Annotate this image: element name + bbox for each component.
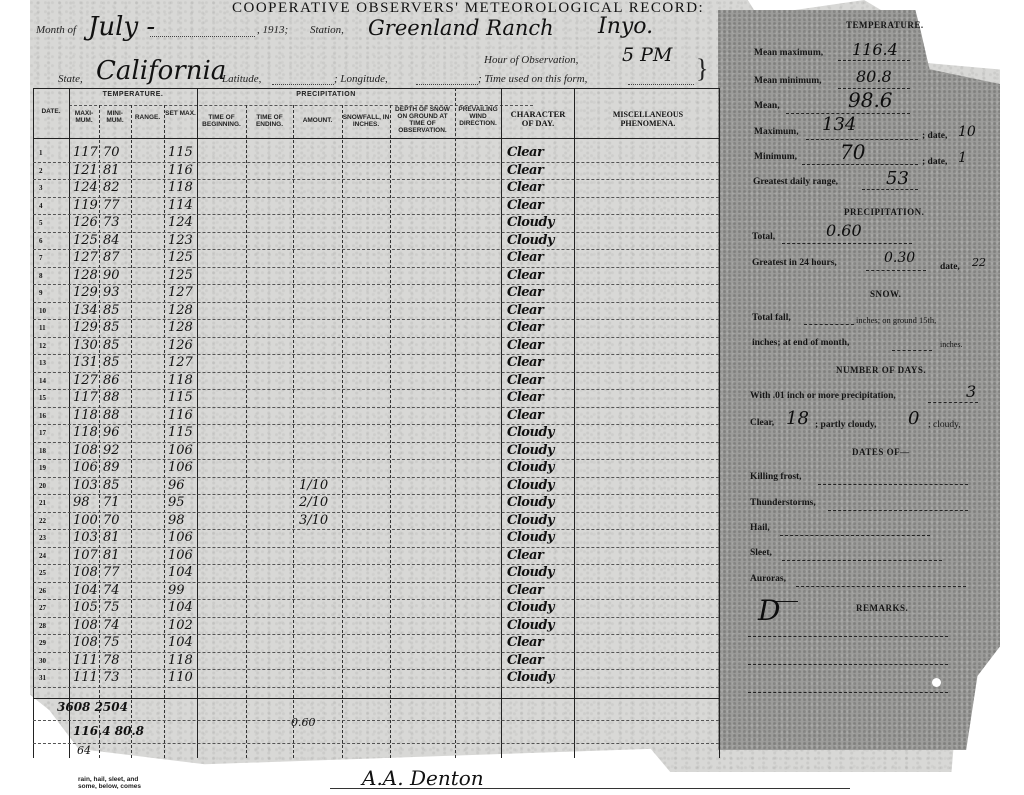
table-row: 1112985128Clear xyxy=(33,319,719,337)
table-row: 219871952/10Cloudy xyxy=(33,494,719,512)
greatest24-value: 0.30 xyxy=(884,250,915,266)
table-row: 512673124Cloudy xyxy=(33,214,719,232)
precip-days-label: With .01 inch or more precipitation, xyxy=(750,391,896,401)
col-amount: Amount. xyxy=(293,117,342,124)
row-date: 29 xyxy=(39,634,46,652)
row-max: 118 xyxy=(73,424,98,442)
row-character: Clear xyxy=(507,337,543,355)
precipitation-group-header: Precipitation xyxy=(197,91,455,98)
row-max: 121 xyxy=(73,162,98,180)
row-date: 11 xyxy=(39,319,46,337)
table-row: 2710575104Cloudy xyxy=(33,599,719,617)
row-set-max: 104 xyxy=(168,599,193,617)
mean-max-label: Mean maximum, xyxy=(754,48,823,58)
row-date: 26 xyxy=(39,582,46,600)
year-label: , 1913; xyxy=(257,24,288,36)
row-character: Clear xyxy=(507,249,543,267)
row-character: Clear xyxy=(507,372,543,390)
precip-total: 0.60 xyxy=(291,716,316,729)
table-row: 1611888116Clear xyxy=(33,407,719,425)
col-time-beginning: Time of Beginning. xyxy=(197,114,246,128)
signature-line xyxy=(330,788,850,789)
row-min: 77 xyxy=(103,197,120,215)
row-max: 103 xyxy=(73,529,98,547)
table-row: 612584123Cloudy xyxy=(33,232,719,250)
col-snowfall: Snowfall, in Inches. xyxy=(342,114,390,128)
row-min: 73 xyxy=(103,214,120,232)
row-date: 17 xyxy=(39,424,46,442)
month-value: July - xyxy=(88,12,155,42)
punch-hole xyxy=(932,678,941,687)
totals-extra: 64 xyxy=(77,744,91,757)
row-set-max: 96 xyxy=(168,477,185,495)
row-max: 126 xyxy=(73,214,98,232)
greatest24-label: Greatest in 24 hours, xyxy=(752,258,837,268)
cloudy-label: ; cloudy, xyxy=(928,420,961,430)
row-date: 27 xyxy=(39,599,46,617)
table-row: 212181116Clear xyxy=(33,162,719,180)
table-row: 2810874102Cloudy xyxy=(33,617,719,635)
row-set-max: 127 xyxy=(168,354,193,372)
row-set-max: 125 xyxy=(168,267,193,285)
table-row: 1711896115Cloudy xyxy=(33,424,719,442)
row-max: 108 xyxy=(73,442,98,460)
row-set-max: 106 xyxy=(168,529,193,547)
brace: } xyxy=(696,54,708,84)
row-max: 127 xyxy=(73,249,98,267)
row-set-max: 115 xyxy=(168,424,193,442)
month-label: Month of xyxy=(36,24,76,36)
minimum-date-label: ; date, xyxy=(922,157,947,167)
row-max: 108 xyxy=(73,634,98,652)
row-character: Cloudy xyxy=(507,214,554,232)
maximum-value: 134 xyxy=(822,114,856,135)
state-value: California xyxy=(96,56,226,86)
partly-value: 0 xyxy=(908,408,919,429)
maximum-date: 10 xyxy=(958,124,976,140)
row-date: 16 xyxy=(39,407,46,425)
latitude-label: Latitude, xyxy=(222,73,261,85)
row-character: Cloudy xyxy=(507,669,554,687)
row-date: 30 xyxy=(39,652,46,670)
state-label: State, xyxy=(58,73,83,85)
row-amount: 1/10 xyxy=(299,477,328,495)
row-max: 111 xyxy=(73,652,98,670)
row-date: 8 xyxy=(39,267,43,285)
killing-frost-label: Killing frost, xyxy=(750,472,802,482)
col-date: Date. xyxy=(33,108,69,115)
daily-record-table: Temperature. Precipitation Date. Maxi-mu… xyxy=(33,88,719,758)
row-set-max: 115 xyxy=(168,389,193,407)
row-character: Clear xyxy=(507,197,543,215)
row-set-max: 118 xyxy=(168,179,193,197)
minimum-date: 1 xyxy=(958,150,967,166)
row-date: 31 xyxy=(39,669,46,687)
row-set-max: 115 xyxy=(168,144,193,162)
row-min: 75 xyxy=(103,634,120,652)
row-max: 107 xyxy=(73,547,98,565)
row-amount: 3/10 xyxy=(299,512,328,530)
row-min: 85 xyxy=(103,477,120,495)
row-min: 92 xyxy=(103,442,120,460)
row-character: Cloudy xyxy=(507,232,554,250)
table-row: 2310381106Cloudy xyxy=(33,529,719,547)
hail-label: Hail, xyxy=(750,523,770,533)
totals-sum: 3608 2504 xyxy=(57,700,128,714)
table-row: 2910875104Clear xyxy=(33,634,719,652)
row-max: 98 xyxy=(73,494,90,512)
row-min: 84 xyxy=(103,232,120,250)
temperature-heading: TEMPERATURE. xyxy=(846,20,924,30)
row-date: 14 xyxy=(39,372,46,390)
mean-min-value: 80.8 xyxy=(856,67,892,86)
row-character: Cloudy xyxy=(507,477,554,495)
table-row: 1013485128Clear xyxy=(33,302,719,320)
partly-label: ; partly cloudy, xyxy=(815,420,877,430)
row-min: 96 xyxy=(103,424,120,442)
row-date: 23 xyxy=(39,529,46,547)
thunderstorms-label: Thunderstorms, xyxy=(750,498,816,508)
row-max: 117 xyxy=(73,389,98,407)
row-min: 73 xyxy=(103,669,120,687)
row-min: 85 xyxy=(103,337,120,355)
table-row: 3011178118Clear xyxy=(33,652,719,670)
row-date: 19 xyxy=(39,459,46,477)
table-row: 1910689106Cloudy xyxy=(33,459,719,477)
snow-end-suffix: inches. xyxy=(940,340,962,349)
table-row: 1511788115Clear xyxy=(33,389,719,407)
row-min: 81 xyxy=(103,162,120,180)
table-row: 2410781106Clear xyxy=(33,547,719,565)
table-row: 111770115Clear xyxy=(33,144,719,162)
observer-signature: A.A. Denton xyxy=(362,766,484,790)
snow-heading: SNOW. xyxy=(870,289,901,299)
col-depth-snow: Depth of Snow on Ground at Time of Obser… xyxy=(390,106,455,134)
row-date: 10 xyxy=(39,302,46,320)
row-max: 129 xyxy=(73,284,98,302)
row-max: 104 xyxy=(73,582,98,600)
row-character: Clear xyxy=(507,267,543,285)
row-character: Cloudy xyxy=(507,442,554,460)
row-min: 71 xyxy=(103,494,120,512)
table-row: 912993127Clear xyxy=(33,284,719,302)
table-row: 712787125Clear xyxy=(33,249,719,267)
row-date: 3 xyxy=(39,179,43,197)
station-label: Station, xyxy=(310,24,344,36)
time-used-label: ; Time used on this form, xyxy=(478,73,587,85)
row-set-max: 98 xyxy=(168,512,185,530)
row-set-max: 114 xyxy=(168,197,193,215)
row-set-max: 125 xyxy=(168,249,193,267)
snow-total-suffix: inches; on ground 15th, xyxy=(856,315,936,325)
row-set-max: 99 xyxy=(168,582,185,600)
row-set-max: 102 xyxy=(168,617,193,635)
row-max: 108 xyxy=(73,617,98,635)
row-character: Cloudy xyxy=(507,424,554,442)
precip-total-value: 0.60 xyxy=(826,221,862,240)
row-date: 4 xyxy=(39,197,43,215)
minimum-value: 70 xyxy=(840,140,865,164)
table-row: 1313185127Clear xyxy=(33,354,719,372)
table-row: 2210070983/10Cloudy xyxy=(33,512,719,530)
row-character: Cloudy xyxy=(507,599,554,617)
row-date: 25 xyxy=(39,564,46,582)
row-character: Clear xyxy=(507,162,543,180)
row-character: Clear xyxy=(507,407,543,425)
totals-mean: 116.4 80.8 xyxy=(73,724,144,738)
row-min: 70 xyxy=(103,144,120,162)
row-set-max: 124 xyxy=(168,214,193,232)
clear-label: Clear, xyxy=(750,418,774,428)
row-character: Clear xyxy=(507,179,543,197)
minimum-label: Minimum, xyxy=(754,152,797,162)
maximum-label: Maximum, xyxy=(754,127,799,137)
row-max: 105 xyxy=(73,599,98,617)
row-character: Cloudy xyxy=(507,512,554,530)
row-character: Clear xyxy=(507,547,543,565)
month-line xyxy=(150,36,255,37)
row-min: 78 xyxy=(103,652,120,670)
precip-total-label: Total, xyxy=(752,232,775,242)
row-character: Clear xyxy=(507,144,543,162)
row-date: 9 xyxy=(39,284,43,302)
table-row: 1213085126Clear xyxy=(33,337,719,355)
row-set-max: 126 xyxy=(168,337,193,355)
row-set-max: 104 xyxy=(168,634,193,652)
row-character: Clear xyxy=(507,634,543,652)
row-date: 15 xyxy=(39,389,46,407)
clear-value: 18 xyxy=(786,408,809,429)
row-date: 24 xyxy=(39,547,46,565)
row-min: 89 xyxy=(103,459,120,477)
row-character: Cloudy xyxy=(507,617,554,635)
col-time-ending: Time of Ending. xyxy=(246,114,293,128)
snow-end-label: inches; at end of month, xyxy=(752,338,849,348)
table-row: 261047499Clear xyxy=(33,582,719,600)
station-value: Greenland Ranch xyxy=(368,16,554,40)
row-set-max: 104 xyxy=(168,564,193,582)
row-character: Clear xyxy=(507,354,543,372)
hour-value: 5 PM xyxy=(622,44,672,66)
row-character: Cloudy xyxy=(507,564,554,582)
table-row: 312482118Clear xyxy=(33,179,719,197)
row-character: Cloudy xyxy=(507,494,554,512)
row-date: 22 xyxy=(39,512,46,530)
row-set-max: 118 xyxy=(168,652,193,670)
col-range: Range. xyxy=(131,114,164,121)
row-date: 28 xyxy=(39,617,46,635)
precip-days-value: 3 xyxy=(966,382,976,401)
precip-heading: PRECIPITATION. xyxy=(844,207,924,217)
row-min: 88 xyxy=(103,407,120,425)
summary-panel-background xyxy=(718,10,1000,750)
row-date: 18 xyxy=(39,442,46,460)
table-row: 1412786118Clear xyxy=(33,372,719,390)
col-character: Character of Day. xyxy=(505,110,571,128)
temperature-group-header: Temperature. xyxy=(69,91,197,98)
row-min: 86 xyxy=(103,372,120,390)
row-max: 119 xyxy=(73,197,98,215)
row-max: 103 xyxy=(73,477,98,495)
table-row: 812890125Clear xyxy=(33,267,719,285)
row-min: 88 xyxy=(103,389,120,407)
auroras-label: Auroras, xyxy=(750,574,786,584)
mean-value: 98.6 xyxy=(848,88,893,112)
row-max: 134 xyxy=(73,302,98,320)
row-set-max: 110 xyxy=(168,669,193,687)
row-min: 77 xyxy=(103,564,120,582)
row-date: 2 xyxy=(39,162,43,180)
col-minimum: Mini-mum. xyxy=(99,110,131,124)
row-max: 131 xyxy=(73,354,98,372)
longitude-label: ; Longitude, xyxy=(334,73,388,85)
row-set-max: 123 xyxy=(168,232,193,250)
mean-max-value: 116.4 xyxy=(852,40,898,59)
county-value: Inyo. xyxy=(598,14,653,39)
mean-min-label: Mean minimum, xyxy=(754,76,822,86)
row-set-max: 95 xyxy=(168,494,185,512)
row-set-max: 106 xyxy=(168,459,193,477)
table-row: 3111173110Cloudy xyxy=(33,669,719,687)
row-max: 124 xyxy=(73,179,98,197)
row-min: 70 xyxy=(103,512,120,530)
col-misc: Miscellaneous Phenomena. xyxy=(593,110,703,128)
row-max: 111 xyxy=(73,669,98,687)
row-character: Clear xyxy=(507,302,543,320)
row-min: 85 xyxy=(103,319,120,337)
latitude-line xyxy=(272,84,334,85)
range-label: Greatest daily range, xyxy=(753,177,838,187)
table-row: 2010385961/10Cloudy xyxy=(33,477,719,495)
snow-total-label: Total fall, xyxy=(752,313,791,323)
row-max: 106 xyxy=(73,459,98,477)
row-max: 100 xyxy=(73,512,98,530)
table-row: 1810892106Cloudy xyxy=(33,442,719,460)
hour-label: Hour of Observation, xyxy=(484,54,578,66)
row-min: 85 xyxy=(103,302,120,320)
row-max: 128 xyxy=(73,267,98,285)
row-min: 82 xyxy=(103,179,120,197)
row-date: 7 xyxy=(39,249,43,267)
table-row: 2510877104Cloudy xyxy=(33,564,719,582)
row-date: 5 xyxy=(39,214,43,232)
row-set-max: 127 xyxy=(168,284,193,302)
remarks-heading: REMARKS. xyxy=(856,603,908,613)
row-character: Cloudy xyxy=(507,529,554,547)
longitude-line xyxy=(416,84,478,85)
row-set-max: 106 xyxy=(168,547,193,565)
row-character: Clear xyxy=(507,319,543,337)
row-set-max: 116 xyxy=(168,162,193,180)
row-min: 90 xyxy=(103,267,120,285)
footnote: rain, hail, sleet, and some, below, come… xyxy=(78,776,141,790)
row-set-max: 118 xyxy=(168,372,193,390)
row-max: 117 xyxy=(73,144,98,162)
row-max: 108 xyxy=(73,564,98,582)
row-min: 85 xyxy=(103,354,120,372)
row-max: 118 xyxy=(73,407,98,425)
row-min: 81 xyxy=(103,547,120,565)
row-date: 6 xyxy=(39,232,43,250)
range-value: 53 xyxy=(886,168,909,189)
row-min: 75 xyxy=(103,599,120,617)
row-character: Clear xyxy=(507,389,543,407)
row-max: 129 xyxy=(73,319,98,337)
row-character: Cloudy xyxy=(507,459,554,477)
row-max: 127 xyxy=(73,372,98,390)
row-date: 20 xyxy=(39,477,46,495)
maximum-date-label: ; date, xyxy=(922,131,947,141)
row-min: 81 xyxy=(103,529,120,547)
row-set-max: 128 xyxy=(168,319,193,337)
row-min: 87 xyxy=(103,249,120,267)
time-used-line xyxy=(628,84,694,85)
dates-of-heading: DATES OF— xyxy=(852,447,910,457)
row-max: 130 xyxy=(73,337,98,355)
row-character: Clear xyxy=(507,582,543,600)
col-maximum: Maxi-mum. xyxy=(69,110,99,124)
row-set-max: 116 xyxy=(168,407,193,425)
row-min: 74 xyxy=(103,617,120,635)
col-wind: Prevailing Wind Direction. xyxy=(455,106,501,127)
row-date: 12 xyxy=(39,337,46,355)
row-character: Clear xyxy=(507,284,543,302)
row-date: 21 xyxy=(39,494,46,512)
table-row: 411977114Clear xyxy=(33,197,719,215)
greatest24-date-label: date, xyxy=(940,262,960,272)
row-date: 13 xyxy=(39,354,46,372)
row-amount: 2/10 xyxy=(299,494,328,512)
row-date: 1 xyxy=(39,144,43,162)
row-character: Clear xyxy=(507,652,543,670)
row-set-max: 128 xyxy=(168,302,193,320)
row-min: 74 xyxy=(103,582,120,600)
sleet-label: Sleet, xyxy=(750,548,772,558)
remarks-mark: D xyxy=(758,594,780,627)
greatest24-date: 22 xyxy=(972,256,986,269)
row-max: 125 xyxy=(73,232,98,250)
row-set-max: 106 xyxy=(168,442,193,460)
days-heading: NUMBER OF DAYS. xyxy=(836,365,926,375)
mean-label: Mean, xyxy=(754,101,780,111)
col-set-max: Set Max. xyxy=(164,110,197,117)
row-min: 93 xyxy=(103,284,120,302)
